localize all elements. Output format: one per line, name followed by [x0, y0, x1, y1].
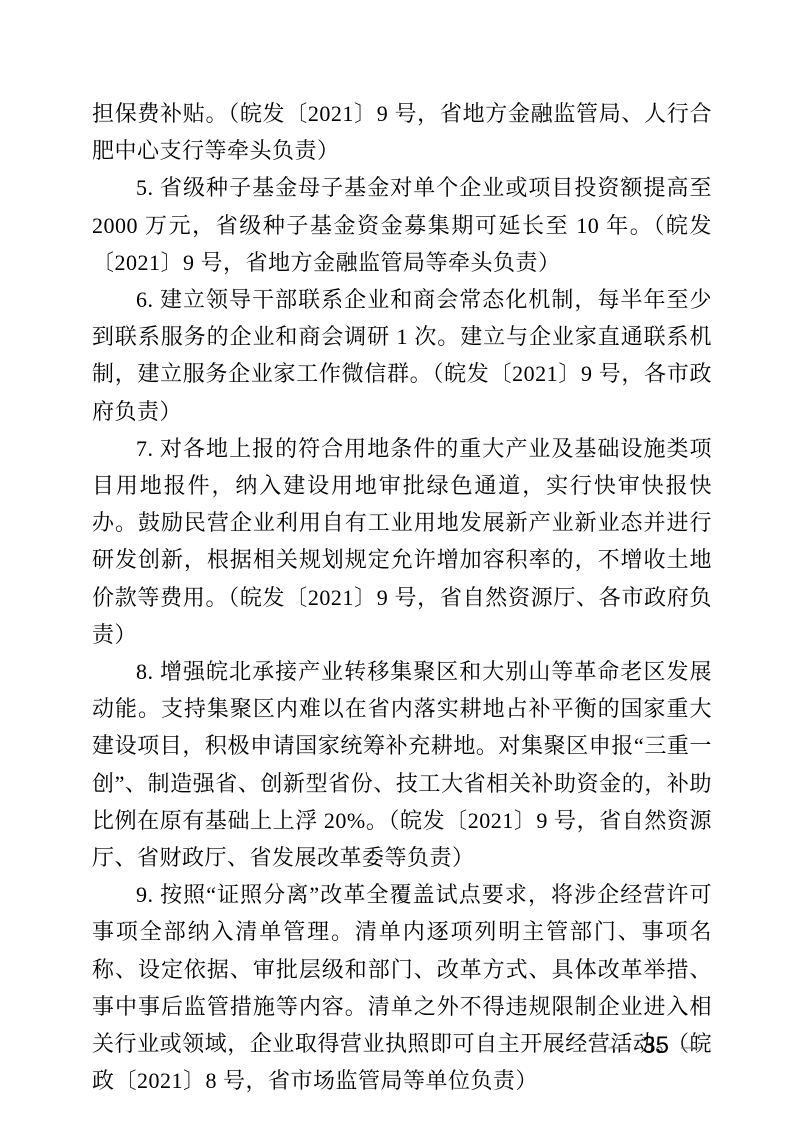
- paragraph-item-6: 6. 建立领导干部联系企业和商会常态化机制，每半年至少到联系服务的企业和商会调研…: [92, 281, 712, 430]
- page-number-dash-right: —: [681, 1031, 703, 1061]
- page-number-dash-left: —: [608, 1031, 630, 1061]
- page-number: — 35 —: [608, 1031, 703, 1061]
- document-page: 担保费补贴。（皖发〔2021〕9 号，省地方金融监管局、人行合肥中心支行等牵头负…: [0, 0, 793, 1122]
- document-body: 担保费补贴。（皖发〔2021〕9 号，省地方金融监管局、人行合肥中心支行等牵头负…: [92, 95, 712, 1099]
- paragraph-continuation: 担保费补贴。（皖发〔2021〕9 号，省地方金融监管局、人行合肥中心支行等牵头负…: [92, 95, 712, 169]
- paragraph-item-5: 5. 省级种子基金母子基金对单个企业或项目投资额提高至 2000 万元，省级种子…: [92, 169, 712, 281]
- paragraph-item-7: 7. 对各地上报的符合用地条件的重大产业及基础设施类项目用地报件，纳入建设用地审…: [92, 430, 712, 653]
- paragraph-item-9: 9. 按照“证照分离”改革全覆盖试点要求，将涉企经营许可事项全部纳入清单管理。清…: [92, 876, 712, 1099]
- page-number-value: 35: [642, 1031, 669, 1061]
- paragraph-item-8: 8. 增强皖北承接产业转移集聚区和大别山等革命老区发展动能。支持集聚区内难以在省…: [92, 653, 712, 876]
